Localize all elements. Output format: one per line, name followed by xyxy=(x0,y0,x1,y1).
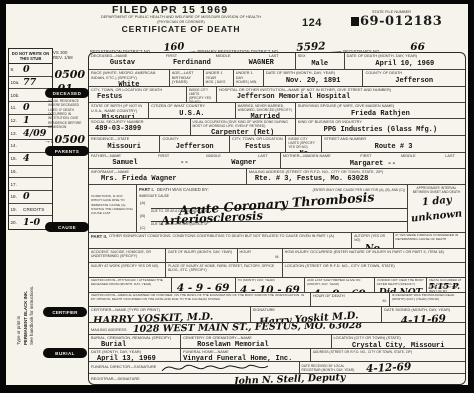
row-name-sex-death: DECEASED—NAMEFIRSTMIDDLELAST GustavFerdi… xyxy=(89,53,465,70)
viewed-body-label: I DID/DID NOT VIEW THE BODY AFTER DEATH … xyxy=(377,279,425,287)
field-burial-date: DATE (MONTH, DAY, YEAR)April 13, 1969 xyxy=(89,349,181,361)
field-viewed-body: I DID/DID NOT VIEW THE BODY AFTER DEATH … xyxy=(375,278,428,292)
field-death-occurred: DEATH OCCURRED AT THE PLACE, ON THE DATE… xyxy=(427,278,465,292)
industry-label: KIND OF BUSINESS OR INDUSTRY xyxy=(298,120,463,125)
ink-note-line: PERMANENT BLACK INK. xyxy=(23,233,30,345)
industry-value: PPG Industries (Glass Mfg.) xyxy=(298,126,463,134)
burial-date-value: April 13, 1969 xyxy=(97,355,178,361)
row-part2-autopsy: PART II.OTHER SIGNIFICANT CONDITIONS. CO… xyxy=(89,233,465,249)
row-informant: INFORMANT—NAMEMrs. Frieda Wagner MAILING… xyxy=(89,169,465,185)
deceased-last-name: WAGNER xyxy=(249,59,274,67)
state-file-number: 69-012183 xyxy=(351,14,442,29)
field-last-saw-alive: AND LAST SAW HIM/HER ALIVE ON (MONTH, DA… xyxy=(305,278,375,292)
field-injury-at-work: INJURY AT WORK (SPECIFY YES OR NO) xyxy=(89,263,166,277)
mother-label: MOTHER—MAIDEN NAME xyxy=(283,154,331,159)
stub-title: DO NOT WRITE ON THIS STUB xyxy=(9,49,52,64)
stub-row-15: 15.4 xyxy=(9,153,52,166)
field-county-of-death: COUNTY OF DEATHJefferson xyxy=(363,70,465,86)
line-a-rule: Acute Coronary Thrombosis xyxy=(151,194,407,209)
line-a-label: (a) xyxy=(137,201,151,209)
field-part2: PART II.OTHER SIGNIFICANT CONDITIONS. CO… xyxy=(89,233,352,248)
residence-city-value: Festus xyxy=(232,143,283,151)
row-city-hospital: CITY, TOWN, OR LOCATION OF DEATHFestus I… xyxy=(89,87,465,103)
injury-hour-m: M. xyxy=(240,255,280,260)
field-cemetery-location: LOCATION (CITY OR TOWN) (STATE)Crystal C… xyxy=(332,335,465,348)
field-funeral-director-signature: FUNERAL DIRECTOR—SIGNATURE xyxy=(89,362,300,373)
registrar-signature-value: John N. Stell, Deputy xyxy=(234,374,346,384)
row-burial-1: BURIAL, CREMATION, REMOVAL (SPECIFY)Buri… xyxy=(89,335,465,349)
inside-limits-label: INSIDE CITY LIMITS (SPECIFY YES OR NO) xyxy=(189,88,214,102)
marital-value: Married xyxy=(238,113,293,118)
row-race-age-birth: RACE (WHITE, NEGRO, AMERICAN INDIAN, ETC… xyxy=(89,70,465,87)
stub-num: 17. xyxy=(9,182,23,187)
field-certifier-name: CERTIFIER—NAME (TYPE OR PRINT)HARRY YOSK… xyxy=(89,307,251,322)
row-certifier-address: MAILING ADDRESS1028 WEST MAIN ST., FESTU… xyxy=(89,323,465,335)
last-saw-label: AND LAST SAW HIM/HER ALIVE ON (MONTH, DA… xyxy=(307,279,372,287)
cause-conditions-note: CONDITIONS, IF ANY, WHICH GAVE RISE TO I… xyxy=(89,185,137,232)
part2-label: PART II. xyxy=(91,234,107,247)
field-informant-address: MAILING ADDRESS (STREET OR R.F.D. NO., C… xyxy=(247,169,465,184)
arrow-right-icon: → xyxy=(44,138,51,145)
interval-b: unknown xyxy=(407,209,465,222)
death-certificate-scan: FILED APR 15 1969 DEPARTMENT OF PUBLIC H… xyxy=(0,0,474,393)
page-number-stamp: 124 xyxy=(302,17,322,29)
stub-value: 4/09 xyxy=(23,128,46,139)
field-deceased-name: DECEASED—NAMEFIRSTMIDDLELAST GustavFerdi… xyxy=(89,53,296,69)
field-under-1-year: UNDER 1 YEARMOS. | DAYS xyxy=(204,70,234,86)
informant-address-value: Rte. # 3, Festus, Mo. 63028 xyxy=(255,175,463,183)
stub-row-17: 17. xyxy=(9,178,52,191)
due-to-label: DUE TO, OR AS A CONSEQUENCE OF xyxy=(151,222,208,226)
row-birth-citizen-marital: STATE OF BIRTH (IF NOT IN U.S.A., NAME C… xyxy=(89,103,465,119)
residence-limits-value: No xyxy=(288,150,319,152)
immediate-cause-label: IMMEDIATE CAUSE xyxy=(139,194,169,198)
residence-county-label: COUNTY xyxy=(162,137,227,142)
stub-row-9: 9.0 xyxy=(9,64,52,77)
citizen-label: CITIZEN OF WHAT COUNTRY xyxy=(151,104,232,109)
field-injury-place: PLACE OF INJURY AT HOME, FARM, STREET, F… xyxy=(166,263,283,277)
field-inside-limits: INSIDE CITY LIMITS (SPECIFY YES OR NO)No xyxy=(187,87,217,102)
stub-value: 0 xyxy=(23,102,30,113)
field-date-signed: DATE SIGNED (MONTH, DAY, YEAR)4-11-69 xyxy=(382,307,465,322)
date-received-value: 4-12-69 xyxy=(365,362,411,373)
field-date-of-death: DATE OF DEATH (MONTH, DAY, YEAR)April 10… xyxy=(345,53,465,69)
ssn-value: 489-03-3899 xyxy=(95,125,188,133)
hour-m-label: M. xyxy=(313,299,387,304)
injury-place-label: PLACE OF INJURY AT HOME, FARM, STREET, F… xyxy=(168,264,280,273)
cause-line-c: DUE TO, OR AS A CONSEQUENCE OF (c) xyxy=(137,222,465,232)
sex-label: SEX xyxy=(298,54,342,59)
field-certifier-address: MAILING ADDRESS1028 WEST MAIN ST., FESTU… xyxy=(89,323,465,334)
father-last: Wagner xyxy=(231,159,256,167)
interval-a-value: 1 day xyxy=(421,195,452,209)
stub-row-10a: 10a.77 xyxy=(9,77,52,90)
stub-num: 12. xyxy=(9,118,23,123)
stub-row-18: 18.0 xyxy=(9,191,52,204)
date-received-label: DATE RECEIVED BY LOCAL REGISTRAR (MONTH,… xyxy=(302,364,362,372)
residence-city-label: CITY, TOWN, OR LOCATION xyxy=(232,137,283,142)
father-first: Samuel xyxy=(112,159,137,167)
field-sex: SEXMale xyxy=(296,53,345,69)
residence-state-value: Missouri xyxy=(91,143,157,151)
row-certification-examiner: CERTIFICATION—MEDICAL EXAMINER OR CORONE… xyxy=(89,293,465,307)
funeral-director-label: FUNERAL DIRECTOR—SIGNATURE xyxy=(91,365,156,370)
field-hour-of-death: HOUR OF DEATHM. xyxy=(311,293,390,306)
field-residence-limits: INSIDE CITY LIMITS (SPECIFY YES OR NO)No xyxy=(286,136,322,152)
stub-num: 18. xyxy=(9,194,23,199)
stub-num: 11. xyxy=(9,105,23,110)
cemetery-value: Roselawn Memorial xyxy=(197,341,328,348)
field-state-of-birth: STATE OF BIRTH (IF NOT IN U.S.A., NAME C… xyxy=(89,103,149,118)
cause-line-a: IMMEDIATE CAUSE (a) Acute Coronary Throm… xyxy=(137,194,465,209)
stub-num: 14. xyxy=(9,143,23,148)
residence-county-value: Jefferson xyxy=(162,143,227,151)
field-surviving-spouse: SURVIVING SPOUSE (IF WIFE, GIVE MAIDEN N… xyxy=(296,103,465,118)
form-code: VS 300 Rev. 1/68 xyxy=(53,50,73,61)
hospital-value: Jefferson Memorial Hospital xyxy=(237,93,463,101)
date-of-death-value: April 10, 1969 xyxy=(347,60,463,68)
stub-value: CREDITS xyxy=(23,207,45,212)
first-label: FIRST xyxy=(360,154,371,159)
row-injury-1: ACCIDENT, SUICIDE, HOMICIDE, OR UNDETERM… xyxy=(89,249,465,263)
field-residence-county: COUNTYJefferson xyxy=(160,136,230,152)
stub-value: 1 xyxy=(23,115,30,126)
certificate-form: DECEASED—NAMEFIRSTMIDDLELAST GustavFerdi… xyxy=(88,52,466,385)
stub-value: 77 xyxy=(23,77,36,88)
race-value: White xyxy=(91,81,167,86)
age-label: AGE—LAST BIRTHDAY (YEARS) xyxy=(172,71,201,85)
residence-street-value: Route # 3 xyxy=(324,143,463,151)
examiner-cert-label: CERTIFICATION—MEDICAL EXAMINER OR CORONE… xyxy=(91,294,308,302)
state-file-number-value: 69-012183 xyxy=(360,14,442,29)
last-saw-value: 4 - 9 - 69 xyxy=(307,288,372,292)
section-cause-part1: CONDITIONS, IF ANY, WHICH GAVE RISE TO I… xyxy=(89,185,465,233)
field-citizen: CITIZEN OF WHAT COUNTRYU.S.A. xyxy=(149,103,235,118)
section-tag-burial: BURIAL xyxy=(43,348,87,358)
field-mother-name: MOTHER—MAIDEN NAMEFIRSTMIDDLELAST Margar… xyxy=(281,153,465,168)
field-burial-type: BURIAL, CREMATION, REMOVAL (SPECIFY)Buri… xyxy=(89,335,181,348)
form-code-revision: Rev. 1/68 xyxy=(53,55,73,60)
part2-text: OTHER SIGNIFICANT CONDITIONS. CONDITIONS… xyxy=(109,234,334,247)
section-tag-certifier: CERTIFIER xyxy=(43,307,87,317)
autopsy-label: AUTOPSY (YES OR NO) xyxy=(354,234,390,242)
race-label: RACE (WHITE, NEGRO, AMERICAN INDIAN, ETC… xyxy=(91,71,167,80)
stub-num: 13. xyxy=(9,131,23,136)
certificate-title: CERTIFICATE OF DEATH xyxy=(64,24,298,34)
field-examiner-certification: CERTIFICATION—MEDICAL EXAMINER OR CORONE… xyxy=(89,293,311,306)
physician-cert-label: CERTIFICATION—PHYSICIAN: I ATTENDED THE … xyxy=(91,279,169,287)
certificate-paper: FILED APR 15 1969 DEPARTMENT OF PUBLIC H… xyxy=(6,4,468,385)
row-certification-physician: CERTIFICATION—PHYSICIAN: I ATTENDED THE … xyxy=(89,278,465,293)
stub-row-12: 12.1 xyxy=(9,115,52,128)
row-injury-2: INJURY AT WORK (SPECIFY YES OR NO) PLACE… xyxy=(89,263,465,278)
spouse-value: Frieda Rathjen xyxy=(298,110,463,118)
father-middle: -- xyxy=(180,159,188,167)
part1-label: PART I. xyxy=(139,187,154,194)
stub-row-16: 16. xyxy=(9,166,52,179)
field-residence-street: STREET AND NUMBERRoute # 3 xyxy=(322,136,465,152)
accident-label: ACCIDENT, SUICIDE, HOMICIDE, OR UNDETERM… xyxy=(91,250,163,259)
field-residence-city: CITY, TOWN, OR LOCATIONFestus xyxy=(230,136,286,152)
code-value: 0500 xyxy=(54,133,85,146)
burial-type-value: Burial xyxy=(101,341,178,348)
field-registrar-signature: REGISTRAR—SIGNATURE John N. Stell, Deput… xyxy=(89,374,465,384)
under-1day-label: UNDER 1 DAY xyxy=(236,71,261,80)
injury-date-label: DATE OF INJURY (MONTH, DAY, YEAR) xyxy=(168,250,234,254)
field-occupation: USUAL OCCUPATION (GIVE KIND OF WORK DONE… xyxy=(191,119,296,135)
field-race: RACE (WHITE, NEGRO, AMERICAN INDIAN, ETC… xyxy=(89,70,170,86)
stub-row-11: 11.0 xyxy=(9,102,52,115)
under-1yr-sublabel: MOS. | DAYS xyxy=(206,80,231,84)
attended-to-label: TO (MONTH, DAY, YEAR) xyxy=(238,279,303,283)
pronounced-label: IF DECEDENT WAS PRONOUNCED DEAD (MONTH) … xyxy=(392,294,463,302)
row-registrar: REGISTRAR—SIGNATURE John N. Stell, Deput… xyxy=(89,374,465,384)
row-certifier-signature: CERTIFIER—NAME (TYPE OR PRINT)HARRY YOSK… xyxy=(89,307,465,323)
under-1day-sublabel: HOURS | MIN. xyxy=(236,80,261,84)
citizen-value: U.S.A. xyxy=(151,110,232,118)
spouse-label: SURVIVING SPOUSE (IF WIFE, GIVE MAIDEN N… xyxy=(298,104,463,109)
stub-num: 19. xyxy=(9,207,23,212)
field-residence-state: RESIDENCE—STATEMissouri xyxy=(89,136,160,152)
stub-row-19: 19.CREDITS xyxy=(9,204,52,217)
row-residence: RESIDENCE—STATEMissouri COUNTYJefferson … xyxy=(89,136,465,153)
field-attended-to: TO (MONTH, DAY, YEAR)4 - 10 - 69 xyxy=(236,278,306,292)
field-injury-hour: HOURM. xyxy=(238,249,283,262)
field-father-name: FATHER—NAMEFIRSTMIDDLELAST Samuel--Wagne… xyxy=(89,153,281,168)
marital-label: MARRIED, NEVER MARRIED, WIDOWED, DIVORCE… xyxy=(238,104,293,112)
cause-line-b: DUE TO, OR AS A CONSEQUENCE OF (b) Arter… xyxy=(137,209,465,222)
field-certifier-signature: SIGNATUREHarry Yoskit M.D. xyxy=(251,307,383,322)
cause-header: PART I. DEATH WAS CAUSED BY: (ENTER ONLY… xyxy=(137,185,465,194)
registrar-stamp-icon xyxy=(351,17,359,26)
row-funeral-director: FUNERAL DIRECTOR—SIGNATURE DATE RECEIVED… xyxy=(89,362,465,374)
section-tag-parents: PARENTS xyxy=(45,146,89,156)
date-of-death-label: DATE OF DEATH (MONTH, DAY, YEAR) xyxy=(347,54,463,59)
middle-label: MIDDLE xyxy=(401,154,416,159)
sex-value: Male xyxy=(298,60,342,68)
field-ssn: SOCIAL SECURITY NUMBER489-03-3899 xyxy=(89,119,191,135)
field-hospital: HOSPITAL OR OTHER INSTITUTION—NAME (IF N… xyxy=(217,87,465,102)
field-injury-location: LOCATION (STREET OR R.F.D. NO., CITY OR … xyxy=(283,263,465,277)
line-b-label: (b) xyxy=(137,214,151,222)
interval-a: 1 day xyxy=(407,194,465,209)
funeral-director-signature xyxy=(160,363,270,373)
line-c-label: (c) xyxy=(137,226,151,232)
residence-state-label: RESIDENCE—STATE xyxy=(91,137,157,142)
stub-value: 1-0 xyxy=(23,217,40,228)
injury-how-label: HOW INJURY OCCURRED (ENTER NATURE OF INJ… xyxy=(285,250,463,255)
row-ssn-occupation: SOCIAL SECURITY NUMBER489-03-3899 USUAL … xyxy=(89,119,465,136)
date-of-birth-label: DATE OF BIRTH (MONTH, DAY, YEAR) xyxy=(266,71,361,76)
row-burial-2: DATE (MONTH, DAY, YEAR)April 13, 1969 FU… xyxy=(89,349,465,362)
section-tag-cause: CAUSE xyxy=(45,222,89,232)
viewed-body-value: Did NOT xyxy=(377,288,425,292)
deceased-first-name: Gustav xyxy=(110,59,135,67)
mother-value: Margaret -- xyxy=(283,160,463,168)
stub-value: 0 xyxy=(23,64,30,75)
findings-label: IF YES WERE FINDINGS CONSIDERED IN DETER… xyxy=(396,234,463,242)
field-autopsy: AUTOPSY (YES OR NO)No xyxy=(352,233,393,248)
residence-street-label: STREET AND NUMBER xyxy=(324,137,463,142)
section-tag-deceased: DECEASED xyxy=(45,88,89,98)
autopsy-value: No xyxy=(354,243,390,248)
field-city-of-death: CITY, TOWN, OR LOCATION OF DEATHFestus xyxy=(89,87,187,102)
residence-limits-label: INSIDE CITY LIMITS (SPECIFY YES OR NO) xyxy=(288,137,319,149)
stub-num: 10b. xyxy=(9,93,23,98)
hour-of-death-value: 5:15 P. xyxy=(428,282,460,292)
county-of-death-label: COUNTY OF DEATH xyxy=(365,71,463,76)
deceased-middle-name: Ferdinand xyxy=(173,59,211,67)
occupation-label: USUAL OCCUPATION (GIVE KIND OF WORK DONE… xyxy=(193,120,293,128)
state-of-birth-label: STATE OF BIRTH (IF NOT IN U.S.A., NAME C… xyxy=(91,104,146,113)
interval-c xyxy=(407,222,465,232)
field-funeral-home: FUNERAL HOME—NAMEVinyard Funeral Home, I… xyxy=(181,349,311,361)
injury-location-label: LOCATION (STREET OR R.F.D. NO., CITY OR … xyxy=(285,264,463,269)
funeral-home-value: Vinyard Funeral Home, Inc. xyxy=(183,355,308,361)
field-pronounced-dead: IF DECEDENT WAS PRONOUNCED DEAD (MONTH) … xyxy=(390,293,465,306)
field-injury-how: HOW INJURY OCCURRED (ENTER NATURE OF INJ… xyxy=(283,249,465,262)
field-under-1-day: UNDER 1 DAYHOURS | MIN. xyxy=(234,70,264,86)
injury-at-work-label: INJURY AT WORK (SPECIFY YES OR NO) xyxy=(91,264,163,268)
field-date-received: DATE RECEIVED BY LOCAL REGISTRAR (MONTH,… xyxy=(300,362,465,373)
cemetery-location-value: Crystal City, Missouri xyxy=(334,342,463,348)
field-marital-status: MARRIED, NEVER MARRIED, WIDOWED, DIVORCE… xyxy=(236,103,296,118)
field-date-of-birth: DATE OF BIRTH (MONTH, DAY, YEAR)Nov. 20,… xyxy=(264,70,364,86)
date-of-birth-value: Nov. 20, 1891 xyxy=(266,77,361,85)
attended-from-value: 4 - 9 - 69 xyxy=(174,282,233,292)
field-injury-date: DATE OF INJURY (MONTH, DAY, YEAR) xyxy=(166,249,237,262)
row-parents: FATHER—NAMEFIRSTMIDDLELAST Samuel--Wagne… xyxy=(89,153,465,169)
ink-note-line: See handbook for instructions. xyxy=(29,233,36,345)
stub-num: 9. xyxy=(9,67,23,72)
county-of-death-value: Jefferson xyxy=(365,77,463,85)
certifier-address-label: MAILING ADDRESS xyxy=(91,328,127,333)
cemetery-location-label: LOCATION (CITY OR TOWN) (STATE) xyxy=(334,336,463,341)
residence-note: USUAL RESIDENCE WHERE DECEASED LIVED. IF… xyxy=(48,99,86,129)
field-industry: KIND OF BUSINESS OR INDUSTRYPPG Industri… xyxy=(296,119,465,135)
field-informant-name: INFORMANT—NAMEMrs. Frieda Wagner xyxy=(89,169,247,184)
field-funeral-home-address: ADDRESS (STREET OR R.F.D. NO., CITY OR T… xyxy=(311,349,465,361)
stub-num: 20. xyxy=(9,220,23,225)
state-of-birth-value: Missouri xyxy=(91,114,146,118)
cause-lines: PART I. DEATH WAS CAUSED BY: (ENTER ONLY… xyxy=(137,185,465,232)
field-age: AGE—LAST BIRTHDAY (YEARS)77 xyxy=(170,70,204,86)
last-label: LAST xyxy=(445,154,455,159)
interval-header: APPROXIMATE INTERVAL BETWEEN ONSET AND D… xyxy=(407,185,465,194)
under-1yr-label: UNDER 1 YEAR xyxy=(206,71,231,80)
stub-num: 16. xyxy=(9,169,23,174)
date-signed-value: 4-11-69 xyxy=(384,312,463,322)
field-physician-certification: CERTIFICATION—PHYSICIAN: I ATTENDED THE … xyxy=(89,278,172,292)
field-attended-from: 4 - 9 - 69 xyxy=(172,278,236,292)
stub-num: 10a. xyxy=(9,80,23,85)
caused-by-label: DEATH WAS CAUSED BY: xyxy=(157,187,209,194)
conditions-note-text: CONDITIONS, IF ANY, WHICH GAVE RISE TO I… xyxy=(91,194,134,216)
field-autopsy-findings: IF YES WERE FINDINGS CONSIDERED IN DETER… xyxy=(394,233,465,248)
occupation-value: Carpenter (Ret) xyxy=(193,129,293,135)
ink-note-line: Type or print in xyxy=(16,233,23,345)
stub-value: 4 xyxy=(23,153,30,164)
registrar-label: REGISTRAR—SIGNATURE xyxy=(91,377,140,382)
field-accident-type: ACCIDENT, SUICIDE, HOMICIDE, OR UNDETERM… xyxy=(89,249,166,262)
attended-to-value: 4 - 10 - 69 xyxy=(238,284,303,292)
certifier-address-value: 1028 WEST MAIN ST., FESTUS, MO. 63028 xyxy=(132,323,361,334)
stub-num: 15. xyxy=(9,156,23,161)
city-of-death-value: Festus xyxy=(97,93,184,101)
ink-instructions-note: Type or print in PERMANENT BLACK INK. Se… xyxy=(16,233,36,345)
informant-value: Mrs. Frieda Wagner xyxy=(101,175,244,183)
stub-value: 0 xyxy=(23,191,30,202)
field-cemetery: CEMETERY OR CREMATORY—NAMERoselawn Memor… xyxy=(181,335,331,348)
